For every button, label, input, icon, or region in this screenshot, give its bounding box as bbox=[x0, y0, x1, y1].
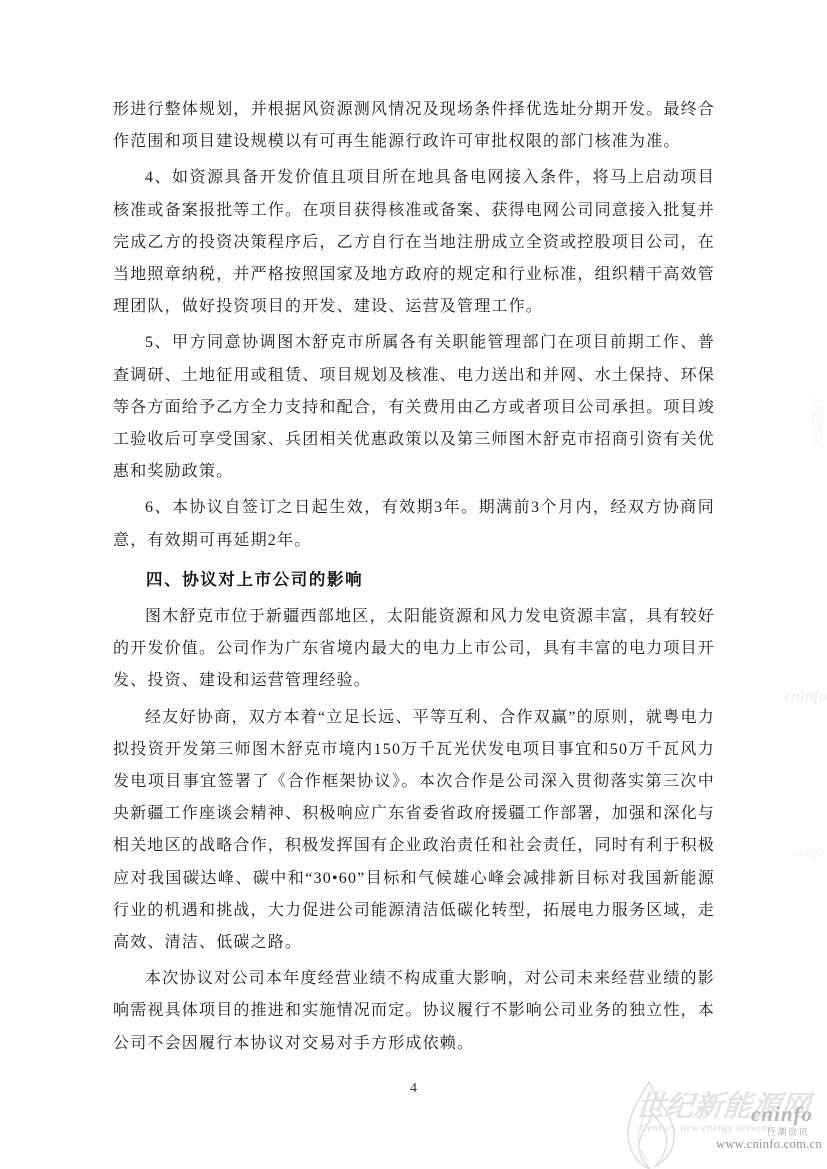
watermark-edge-brand: 巨潮资讯 bbox=[807, 396, 826, 448]
paragraph-impact-1: 图木舒克市位于新疆西部地区，太阳能资源和风力发电资源丰富，具有较好的开发价值。公… bbox=[113, 601, 715, 698]
paragraph-impact-2: 经友好协商，双方本着“立足长远、平等互利、合作双赢”的原则，就粤电力拟投资开发第… bbox=[113, 702, 715, 960]
page-number: 4 bbox=[0, 1081, 827, 1097]
watermark-edge-cninfo: cninfo bbox=[784, 688, 827, 706]
paragraph-item-4: 4、如资源具备开发价值且项目所在地具备电网接入条件，将马上启动项目核准或备案报批… bbox=[113, 162, 715, 323]
watermark-edge-brand-en: cninfo bbox=[794, 845, 824, 860]
paragraph-impact-3: 本次协议对公司本年度经营业绩不构成重大影响，对公司未来经营业绩的影响需视具体项目… bbox=[113, 963, 715, 1060]
paragraph-item-5: 5、甲方同意协调图木舒克市所属各有关职能管理部门在项目前期工作、普查调研、土地征… bbox=[113, 327, 715, 488]
cninfo-caption: 巨潮资讯 bbox=[767, 1125, 809, 1138]
paragraph-continuation: 形进行整体规划，并根据风资源测风情况及现场条件择优选址分期开发。最终合作范围和项… bbox=[113, 94, 715, 158]
watermark-brand-en: Century new energy network bbox=[640, 1123, 774, 1134]
document-body: 形进行整体规划，并根据风资源测风情况及现场条件择优选址分期开发。最终合作范围和项… bbox=[113, 94, 715, 1064]
document-page: 形进行整体规划，并根据风资源测风情况及现场条件择优选址分期开发。最终合作范围和项… bbox=[0, 0, 827, 1169]
cninfo-logo: cninfo bbox=[751, 1102, 813, 1127]
paragraph-item-6: 6、本协议自签订之日起生效，有效期3年。期满前3个月内，经双方协商同意，有效期可… bbox=[113, 492, 715, 556]
cninfo-url: www.cninfo.com.cn bbox=[716, 1137, 822, 1152]
section-heading: 四、协议对上市公司的影响 bbox=[113, 564, 715, 596]
